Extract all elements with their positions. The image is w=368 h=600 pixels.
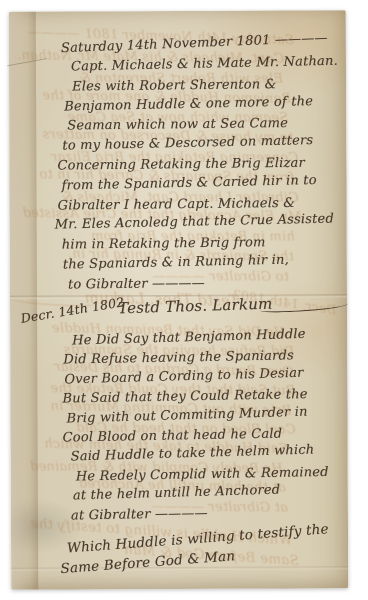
manuscript-paper-sheet: Saturday 14th November 1801 ———— Capt. M…: [9, 10, 349, 589]
manuscript-line: Capt. Michaels & his Mate Mr. Nathan.: [71, 52, 342, 78]
attestation-witness: Testd Thos. Larkum: [118, 295, 273, 318]
manuscript-text: Saturday 14th November 1801 ———— Capt. M…: [9, 10, 349, 589]
attestation-row: Decr. 14th 1802 Testd Thos. Larkum: [18, 296, 343, 327]
manuscript-line: to Gibralter ————: [68, 272, 343, 295]
entry3-body: Which Huddle is willing to testify theSa…: [66, 518, 345, 578]
manuscript-photo: Saturday 14th November 1801 ———— Capt. M…: [0, 0, 368, 600]
signature-flourish: [260, 301, 348, 313]
attestation-date: Decr. 14th 1802: [20, 294, 126, 326]
entry1-body: Capt. Michaels & his Mate Mr. Nathan.Ele…: [61, 56, 343, 295]
entry2-body: He Did Say that Benjamon HuddleDid Refus…: [65, 330, 344, 525]
